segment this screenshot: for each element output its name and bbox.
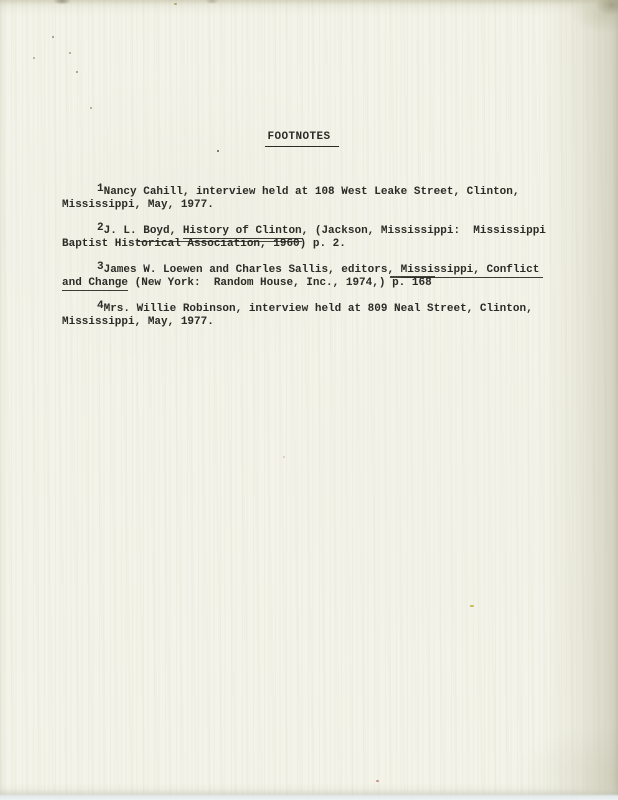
footnote-1-marker: 1 — [97, 183, 104, 195]
footnote-3-line-2: and Change (New York: Random House, Inc.… — [62, 277, 582, 290]
footnote-2-page-ref: p. 2. — [306, 238, 346, 250]
footnote-3-text-cont: (New York: Random House, Inc., 1974,) — [128, 277, 392, 289]
footnote-1-text: Nancy Cahill, interview held at 108 West… — [104, 186, 520, 198]
footnote-4-line-2: Mississippi, May, 1977. — [62, 316, 582, 329]
footnote-2-text-post: , (Jackson, Mississippi: Mississippi — [302, 225, 546, 237]
footnote-1-line-2: Mississippi, May, 1977. — [62, 199, 582, 212]
footnote-2-line-1: 2J. L. Boyd, History of Clinton, (Jackso… — [62, 225, 582, 238]
footnote-4-line-1: 4Mrs. Willie Robinson, interview held at… — [62, 303, 582, 316]
footnote-4-marker: 4 — [97, 300, 104, 312]
footnote-4-text: Mrs. Willie Robinson, interview held at … — [104, 303, 533, 315]
footnote-3-text: James W. Loewen and Charles Sallis, edit… — [104, 264, 401, 276]
page-title-row: FOOTNOTES — [0, 131, 618, 147]
footnotes-list: 1Nancy Cahill, interview held at 108 Wes… — [62, 186, 582, 342]
footnote-2-marker: 2 — [97, 222, 104, 234]
typewritten-content: FOOTNOTES 1Nancy Cahill, interview held … — [0, 0, 618, 800]
footnote-3-line-1: 3James W. Loewen and Charles Sallis, edi… — [62, 264, 582, 277]
footnote-2-book-title: History of Clinton — [183, 225, 302, 239]
scanned-paper-page: FOOTNOTES 1Nancy Cahill, interview held … — [0, 0, 618, 800]
footnote-3: 3James W. Loewen and Charles Sallis, edi… — [62, 264, 582, 290]
footnote-2-text: J. L. Boyd, — [104, 225, 183, 237]
footnote-4-text-cont: Mississippi, May, 1977. — [62, 316, 214, 328]
footnote-4: 4Mrs. Willie Robinson, interview held at… — [62, 303, 582, 329]
footnote-3-marker: 3 — [97, 261, 104, 273]
footnote-3-page-ref: p. 168 — [392, 277, 432, 289]
footnote-1-text-cont: Mississippi, May, 1977. — [62, 199, 214, 211]
footnote-3-book-title-part-2: and Change — [62, 277, 128, 291]
footnote-2-struck-text: orical Association, 1960) — [141, 238, 306, 250]
footnote-2: 2J. L. Boyd, History of Clinton, (Jackso… — [62, 225, 582, 251]
footnote-2-line-2: Baptist Historical Association, 1960) p.… — [62, 238, 582, 251]
footnote-2-text-cont: Baptist Hist — [62, 238, 141, 250]
page-title: FOOTNOTES — [265, 131, 338, 147]
footnote-1-line-1: 1Nancy Cahill, interview held at 108 Wes… — [62, 186, 582, 199]
footnote-1: 1Nancy Cahill, interview held at 108 Wes… — [62, 186, 582, 212]
